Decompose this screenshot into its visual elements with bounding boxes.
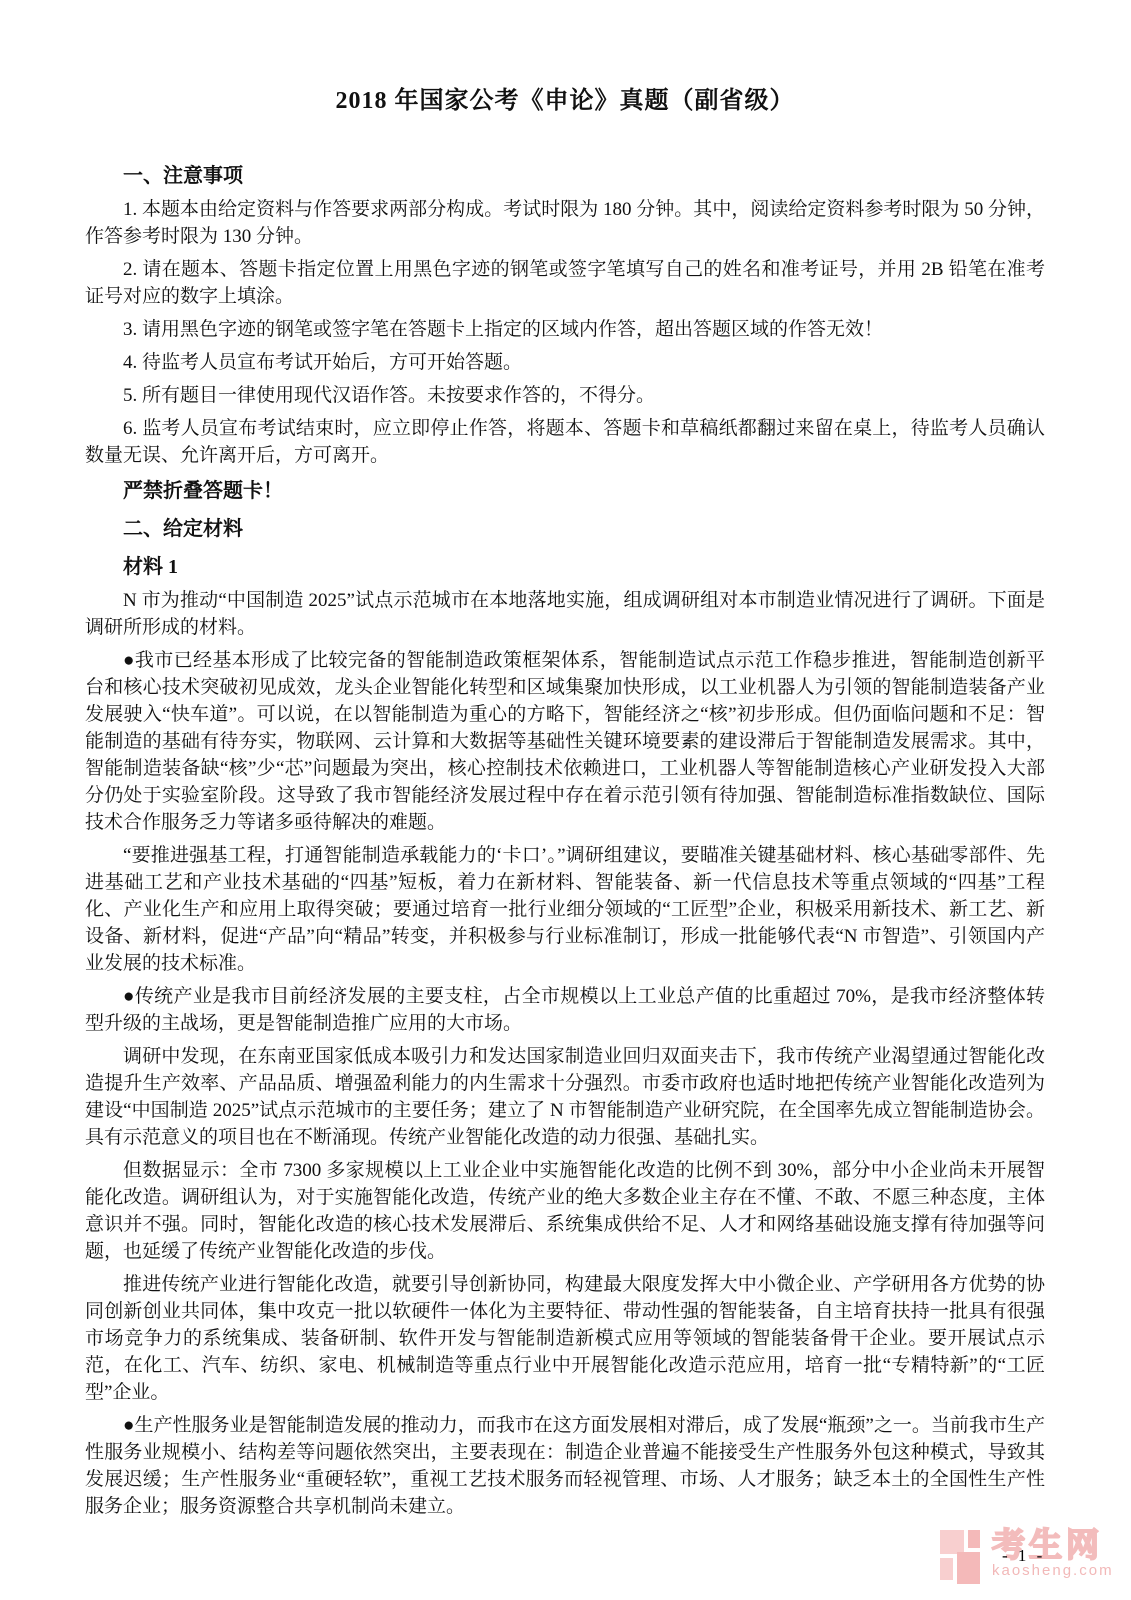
- material1-paragraph: 调研中发现，在东南亚国家低成本吸引力和发达国家制造业回归双面夹击下，我市传统产业…: [85, 1043, 1045, 1151]
- material1-paragraph: 推进传统产业进行智能化改造，就要引导创新协同，构建最大限度发挥大中小微企业、产学…: [85, 1271, 1045, 1406]
- page-number: - 1 -: [1002, 1542, 1045, 1569]
- document-content: 2018 年国家公考《申论》真题（副省级） 一、注意事项 1. 本题本由给定资料…: [0, 0, 1131, 1520]
- page-footer: 考生网 kaosheng.com - 1 -: [940, 1528, 1120, 1590]
- material1-paragraph: ●我市已经基本形成了比较完备的智能制造政策框架体系，智能制造试点示范工作稳步推进…: [85, 647, 1045, 836]
- notice-section-heading: 一、注意事项: [85, 162, 1045, 190]
- notice-item: 4. 待监考人员宣布考试开始后，方可开始答题。: [85, 349, 1045, 376]
- material1-paragraph: N 市为推动“中国制造 2025”试点示范城市在本地落地实施，组成调研组对本市制…: [85, 587, 1045, 641]
- material1-paragraph: 但数据显示：全市 7300 多家规模以上工业企业中实施智能化改造的比例不到 30…: [85, 1157, 1045, 1265]
- materials-section-heading: 二、给定材料: [85, 515, 1045, 543]
- no-folding-warning: 严禁折叠答题卡！: [85, 477, 1045, 505]
- notice-item: 1. 本题本由给定资料与作答要求两部分构成。考试时限为 180 分钟。其中，阅读…: [85, 196, 1045, 250]
- notice-item: 2. 请在题本、答题卡指定位置上用黑色字迹的钢笔或签字笔填写自己的姓名和准考证号…: [85, 256, 1045, 310]
- notice-item: 3. 请用黑色字迹的钢笔或签字笔在答题卡上指定的区域内作答，超出答题区域的作答无…: [85, 316, 1045, 343]
- document-page: 2018 年国家公考《申论》真题（副省级） 一、注意事项 1. 本题本由给定资料…: [0, 0, 1131, 1600]
- notice-item: 6. 监考人员宣布考试结束时，应立即停止作答，将题本、答题卡和草稿纸都翻过来留在…: [85, 415, 1045, 469]
- material1-heading: 材料 1: [85, 553, 1045, 581]
- material1-paragraph: ●传统产业是我市目前经济发展的主要支柱，占全市规模以上工业总产值的比重超过 70…: [85, 983, 1045, 1037]
- page-title: 2018 年国家公考《申论》真题（副省级）: [85, 84, 1045, 118]
- material1-paragraph: ●生产性服务业是智能制造发展的推动力，而我市在这方面发展相对滞后，成了发展“瓶颈…: [85, 1412, 1045, 1520]
- notice-item: 5. 所有题目一律使用现代汉语作答。未按要求作答的，不得分。: [85, 382, 1045, 409]
- material1-paragraph: “要推进强基工程，打通智能制造承载能力的‘卡口’。”调研组建议，要瞄准关键基础材…: [85, 842, 1045, 977]
- kaosheng-logo-icon: [940, 1530, 980, 1586]
